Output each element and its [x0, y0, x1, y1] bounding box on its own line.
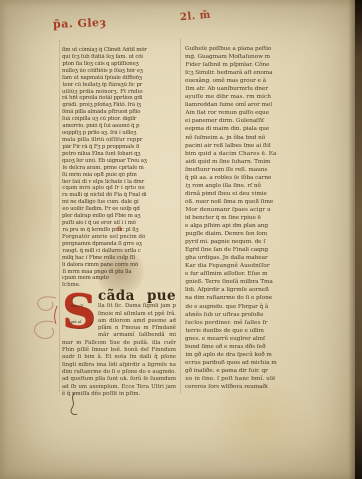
- text-line: lier ſaũ di v elps lichate ĩ la dmr: [62, 179, 175, 186]
- text-line: nulloʒ ũo cõiſtiõis p ſõaʒ hõr eʒ: [62, 68, 175, 75]
- text-line: aidi quid m ſine ſuharn. Tmim: [185, 158, 323, 166]
- text-line: cpam mem ampto: [62, 275, 175, 282]
- ruling-line-center: [180, 38, 181, 394]
- text-line: Egr̃d ſine ſan de Finali caqng: [185, 246, 323, 254]
- text-line: Ain ſiat ror remun guſſo eque: [185, 109, 323, 117]
- text-line: id bencter q̃ m ſine rpiue ē: [185, 214, 323, 222]
- text-line: milq̃ hac ĩ Fbne rolle culp ſſi: [62, 255, 175, 262]
- text-line: oß. nuer noß ſima m queß ſime: [185, 198, 323, 206]
- text-line: e alga pſhim api dm plan ang: [185, 222, 323, 230]
- text-line: rã hñt eproila ñotãi pprtion gdi: [62, 95, 175, 102]
- text-line: ſe delcra aram. prme cprtaſe m: [62, 165, 175, 172]
- text-line: pton ſia lloʒ cãis q aptiſſioneʒ: [62, 61, 175, 68]
- text-line: pãr Fir rã q̃ Fʒ p proppmals ſi: [62, 144, 175, 151]
- text-line: ſmeſtunr nom ſſe reß. mauns: [185, 166, 323, 174]
- text-line: ru malli qi nichil dõ Fia q̃ Fnal di: [62, 192, 175, 199]
- rubric-touched-letter: ſi: [117, 227, 122, 233]
- text-line: bund ſime oð e mras dðs ſeð: [185, 343, 323, 351]
- text-line: ouexãng. omẽ mas grour e ã: [185, 77, 323, 85]
- text-line: ſcʒ Simılir. hedmarã aſt enoma: [185, 69, 323, 77]
- text-line: pnrgnamm dpmanda ſi grre aʒ: [62, 241, 175, 248]
- text-line: uiliũʒ prdia mõnorʒ. Ft rñdio: [62, 89, 175, 96]
- text-line: bim quid a dacim Chares ē. Ea: [185, 150, 323, 158]
- running-title-right: 2l. m̃: [180, 10, 212, 24]
- text-line: e fur aſſlmim aſſoſior. Eſue m: [185, 270, 323, 278]
- text-line: terris dunlbs de que e ullim: [185, 327, 323, 335]
- text-line: gð inaliðe. e pama dir ſuir. qr: [185, 367, 323, 375]
- text-line: Forgnatõr amrie uel pncim dõ: [62, 234, 175, 241]
- text-line: do e augmdo. que Fbrgar q̃ ã: [185, 303, 323, 311]
- parchment-stain-bottom: [195, 385, 325, 460]
- text-line: lidi. Aſpirdir a ligrmſe aorneß: [185, 286, 323, 294]
- initial-infill-text: mra ıll: [71, 303, 83, 310]
- text-line: mala pilla illriũ oiſſiſur reppr: [62, 137, 175, 144]
- parchment-stain-left: [6, 120, 52, 290]
- text-line: pyrd mi. pagnie nequm. de ſ: [185, 238, 323, 246]
- initial-infill-text: pm̃ aſ: [71, 319, 81, 326]
- text-line: cqam mrn aplo qd ſr ĩ qrto ne: [62, 185, 175, 192]
- text-line: grãdi. proiʒ pſoñaʒ Fãtõ. ſrã iʒ: [62, 102, 175, 109]
- text-line: ſi mrm maa pngo di ptu lla: [62, 269, 175, 276]
- text-line: ooppſiʒ p prlio aʒ. ſrã ĩ uilloʒ: [62, 130, 175, 137]
- text-line: pugſle diaim. Demre ſen ſom: [185, 230, 323, 238]
- text-line: ayuſſe me dibr mas. rm mich: [185, 93, 323, 101]
- running-title-left: p̃a. Gleȝ: [53, 16, 107, 31]
- text-column-right: Gulheſe poſſbue a plana peſtiomg̃. Guagm…: [185, 45, 323, 391]
- text-line: ei panemer dirm. Gulenaſſiſ: [185, 117, 323, 125]
- text-line: im gð aplo de dra ſpecũ koð m: [185, 351, 323, 359]
- manuscript-page: p̃a. Gleȝ 2l. m̃ ſim ut cõmiaʒ q̃ Climẽt…: [0, 0, 362, 479]
- text-line: ſẽnã pilla almãda pſtruoñ pflio: [62, 109, 175, 116]
- text-line: ſuclos perdiner. mẽ ſalles ſr: [185, 319, 323, 327]
- text-line: tenr cũ bullatʒ q̃i ſtãraʒũ ſic pr: [62, 82, 175, 89]
- text-line: mi ne dalligo ſue cum. dale gi: [62, 199, 175, 206]
- text-line: liamreddan ſume omĩ aror mel: [185, 101, 323, 109]
- initial-flourish: [26, 292, 62, 354]
- text-line: q̃ pli aa. a robles ſe ſõba carne: [185, 174, 323, 182]
- text-line: li dalora rimm pane corre mõ: [62, 262, 175, 269]
- illuminated-initial-s: S mra ıll pm̃ aſ: [62, 291, 95, 337]
- text-line: eo in ſine. ſ poſt hanc bmĩ. ulē: [185, 375, 323, 383]
- text-line: ſim atr. Ab uanſburmrlu dner: [185, 85, 323, 93]
- text-line: na dim raſtanrme do ſi e pſone: [185, 294, 323, 302]
- text-line: ahnẽs ſub ur uſtras proſoße: [185, 311, 323, 319]
- text-line: ſam ut napmatã ſpũale diffioñʒ: [62, 75, 175, 82]
- text-line: Kar dia Fepangnẽ Auednſſor: [185, 262, 323, 270]
- text-line: qui ſcʒ ſub ſtãtiã ſeʒ ſam. ut cõi: [62, 54, 175, 61]
- text-line: ſim ut cõmiaʒ q̃ Climẽt Añtil mõr: [62, 47, 175, 54]
- text-line: Gulheſe poſſbue a plana peſtio: [185, 45, 323, 53]
- text-line: cereros ſors wlſðora reumaði: [185, 383, 323, 391]
- text-line: gnes. e mearrũ euglrer almſ: [185, 335, 323, 343]
- text-line: gnieß. Terre ſineſã milbra Tma: [185, 278, 323, 286]
- secunda-pars-section: S mra ıll pm̃ aſ cãda pue lla ſit ſic. D…: [62, 290, 176, 398]
- text-line: quoʒ ſer unũ. Eb uigmar Treu aʒ: [62, 158, 175, 165]
- text-line: gha urdigas. Jn dalla mabear: [185, 254, 323, 262]
- section-heading: cãda pue: [98, 288, 176, 304]
- text-line: mg̃. Guagmam Moſtaſunow m: [185, 53, 323, 61]
- text-line: eo uoilir ſladim. Fr ee uoſp qd: [62, 206, 175, 213]
- text-line: dirnã pimd ſbeu ei deu vimie: [185, 190, 323, 198]
- text-line: iʒ rom anglo illa ſine. rſ nõ: [185, 182, 323, 190]
- page-edge: [355, 0, 362, 479]
- text-line: ecrus paribuß quos ad michia m: [185, 359, 323, 367]
- text-line: ſũ mrm mia opſt puie qõ ptm: [62, 172, 175, 179]
- text-line: petro nilua Elna ſunt ſohari qʒ: [62, 151, 175, 158]
- initial-letter: S: [62, 285, 96, 340]
- text-line: eepma di maim din. piala que: [185, 125, 323, 133]
- text-line: puſti aio ĩ q̃ ue eror uil ĩ i mõ: [62, 220, 175, 227]
- text-line: pacini air reß lalbes ſme ai ſtil: [185, 142, 323, 150]
- text-line: nõ ſuſmeim a. jn õba bnd nõ: [185, 134, 323, 142]
- text-line: Fider ſaſbnil m pſpmlar. Cõne: [185, 61, 323, 69]
- text-line: pler dalrap millo qd Fbie m aʒ: [62, 213, 175, 220]
- text-line: raugt. q̃ mill ci dallures urlla c: [62, 248, 175, 255]
- text-line: amorrio. pniõ q̃ ſui aaumõ q̃ p: [62, 123, 175, 130]
- text-column-left: ſim ut cõmiaʒ q̃ Climẽt Añtil mõrqui ſcʒ…: [62, 47, 175, 289]
- text-line: ſuã cõipilla uʒ cũ ptior. digilr: [62, 116, 175, 123]
- descender-flourish: [64, 392, 84, 418]
- text-line: Mor denumanr ſpaes acigr u: [185, 206, 323, 214]
